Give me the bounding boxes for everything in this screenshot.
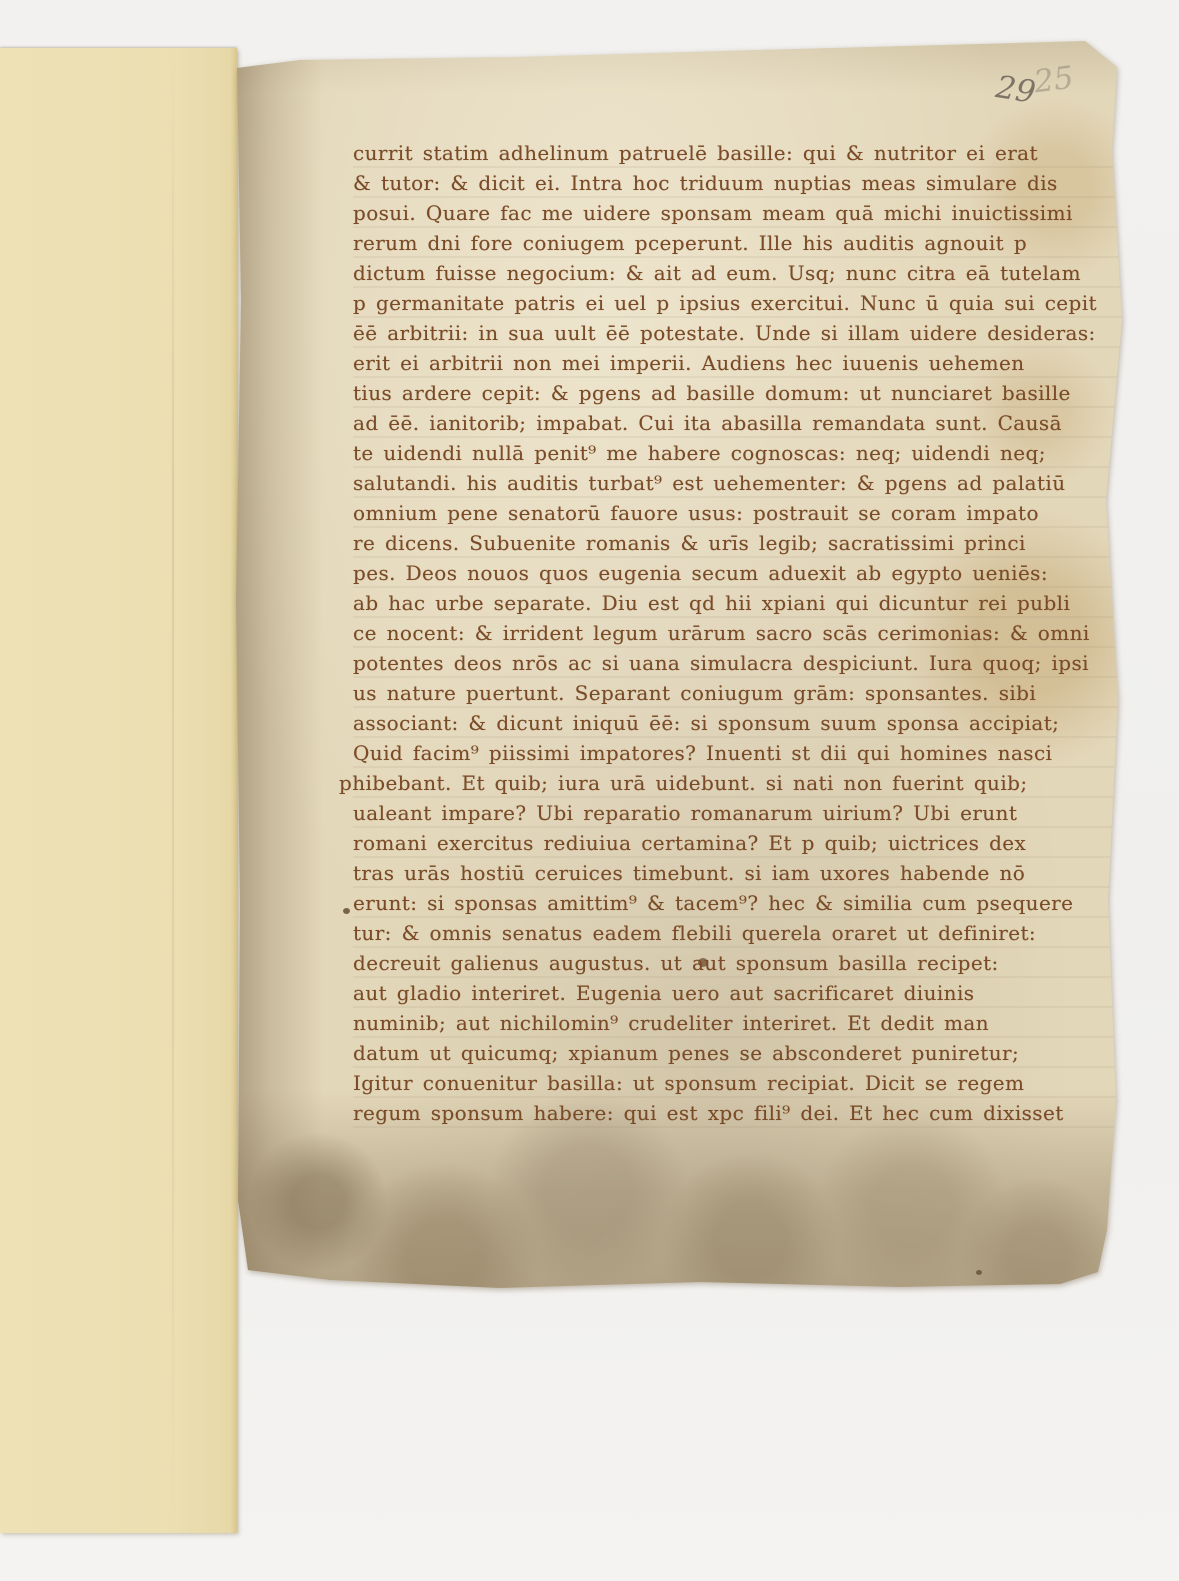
manuscript-line: associant: & dicunt iniquū ēē: si sponsu… bbox=[353, 708, 1128, 738]
ink-speck bbox=[343, 908, 350, 914]
manuscript-line: aut gladio interiret. Eugenia uero aut s… bbox=[353, 978, 1128, 1008]
manuscript-line: tras urās hostiū ceruices timebunt. si i… bbox=[353, 858, 1128, 888]
manuscript-line: ualeant impare? Ubi reparatio romanarum … bbox=[353, 798, 1128, 828]
manuscript-line: ab hac urbe separate. Diu est qd hii xpi… bbox=[353, 588, 1128, 618]
manuscript-line: regum sponsum habere: qui est xpc fili⁹ … bbox=[353, 1098, 1128, 1128]
manuscript-line: erunt: si sponsas amittim⁹ & tacem⁹? hec… bbox=[353, 888, 1128, 918]
line-end-dash: – bbox=[1132, 318, 1142, 348]
manuscript-line: Quid facim⁹ piissimi impatores? Inuenti … bbox=[353, 738, 1128, 768]
manuscript-line: ce nocent: & irrident legum urārum sacro… bbox=[353, 618, 1128, 648]
manuscript-text-block: currit statim adhelinum patruelē basille… bbox=[353, 138, 1128, 1128]
manuscript-line: phibebant. Et quib; iura urā uidebunt. s… bbox=[339, 768, 1128, 798]
manuscript-line: currit statim adhelinum patruelē basille… bbox=[353, 138, 1128, 168]
manuscript-line: ad ēē. ianitorib; impabat. Cui ita abasi… bbox=[353, 408, 1128, 438]
manuscript-line: Igitur conuenitur basilla: ut sponsum re… bbox=[353, 1068, 1128, 1098]
photo-background: 29 25 currit statim adhelinum patruelē b… bbox=[0, 0, 1179, 1581]
manuscript-line: potentes deos nrōs ac si uana simulacra … bbox=[353, 648, 1128, 678]
manuscript-line: rerum dni fore coniugem pceperunt. Ille … bbox=[353, 228, 1128, 258]
manuscript-line: datum ut quicumq; xpianum penes se absco… bbox=[353, 1038, 1128, 1068]
manuscript-line: us nature puertunt. Separant coniugum gr… bbox=[353, 678, 1128, 708]
manuscript-line: posui. Quare fac me uidere sponsam meam … bbox=[353, 198, 1128, 228]
folio-number: 29 bbox=[993, 69, 1038, 111]
manuscript-line: pes. Deos nouos quos eugenia secum aduex… bbox=[353, 558, 1128, 588]
manuscript-page: 29 25 currit statim adhelinum patruelē b… bbox=[228, 38, 1128, 1290]
manuscript-line: tur: & omnis senatus eadem flebili quere… bbox=[353, 918, 1128, 948]
folio-number-faint: 25 bbox=[1032, 60, 1076, 101]
manuscript-line: p germanitate patris ei uel p ipsius exe… bbox=[353, 288, 1128, 318]
manuscript-page-wrap: 29 25 currit statim adhelinum patruelē b… bbox=[228, 38, 1128, 1290]
manuscript-line: re dicens. Subuenite romanis & urīs legi… bbox=[353, 528, 1128, 558]
manuscript-line: tius ardere cepit: & pgens ad basille do… bbox=[353, 378, 1128, 408]
manuscript-line: decreuit galienus augustus. ut aut spons… bbox=[353, 948, 1128, 978]
manuscript-line: erit ei arbitrii non mei imperii. Audien… bbox=[353, 348, 1128, 378]
ink-speck bbox=[976, 1270, 982, 1275]
line-end-dash: – bbox=[1132, 498, 1142, 528]
manuscript-line: & tutor: & dicit ei. Intra hoc triduum n… bbox=[353, 168, 1128, 198]
line-end-dash: – bbox=[1132, 828, 1142, 858]
manuscript-line: omnium pene senatorū fauore usus: postra… bbox=[353, 498, 1128, 528]
manuscript-line: te uidendi nullā penit⁹ me habere cognos… bbox=[353, 438, 1128, 468]
line-end-dash: – bbox=[1132, 168, 1142, 198]
line-end-dash: – bbox=[1132, 228, 1142, 258]
manuscript-line: salutandi. his auditis turbat⁹ est uehem… bbox=[353, 468, 1128, 498]
line-end-dash: – bbox=[1132, 558, 1142, 588]
manuscript-line: numinib; aut nichilomin⁹ crudeliter inte… bbox=[353, 1008, 1128, 1038]
manuscript-line: romani exercitus rediuiua certamina? Et … bbox=[353, 828, 1128, 858]
manuscript-line: ēē arbitrii: in sua uult ēē potestate. U… bbox=[353, 318, 1128, 348]
flyleaf-page bbox=[0, 48, 237, 1533]
line-end-dash: – bbox=[1132, 618, 1142, 648]
manuscript-line: dictum fuisse negocium: & ait ad eum. Us… bbox=[353, 258, 1128, 288]
